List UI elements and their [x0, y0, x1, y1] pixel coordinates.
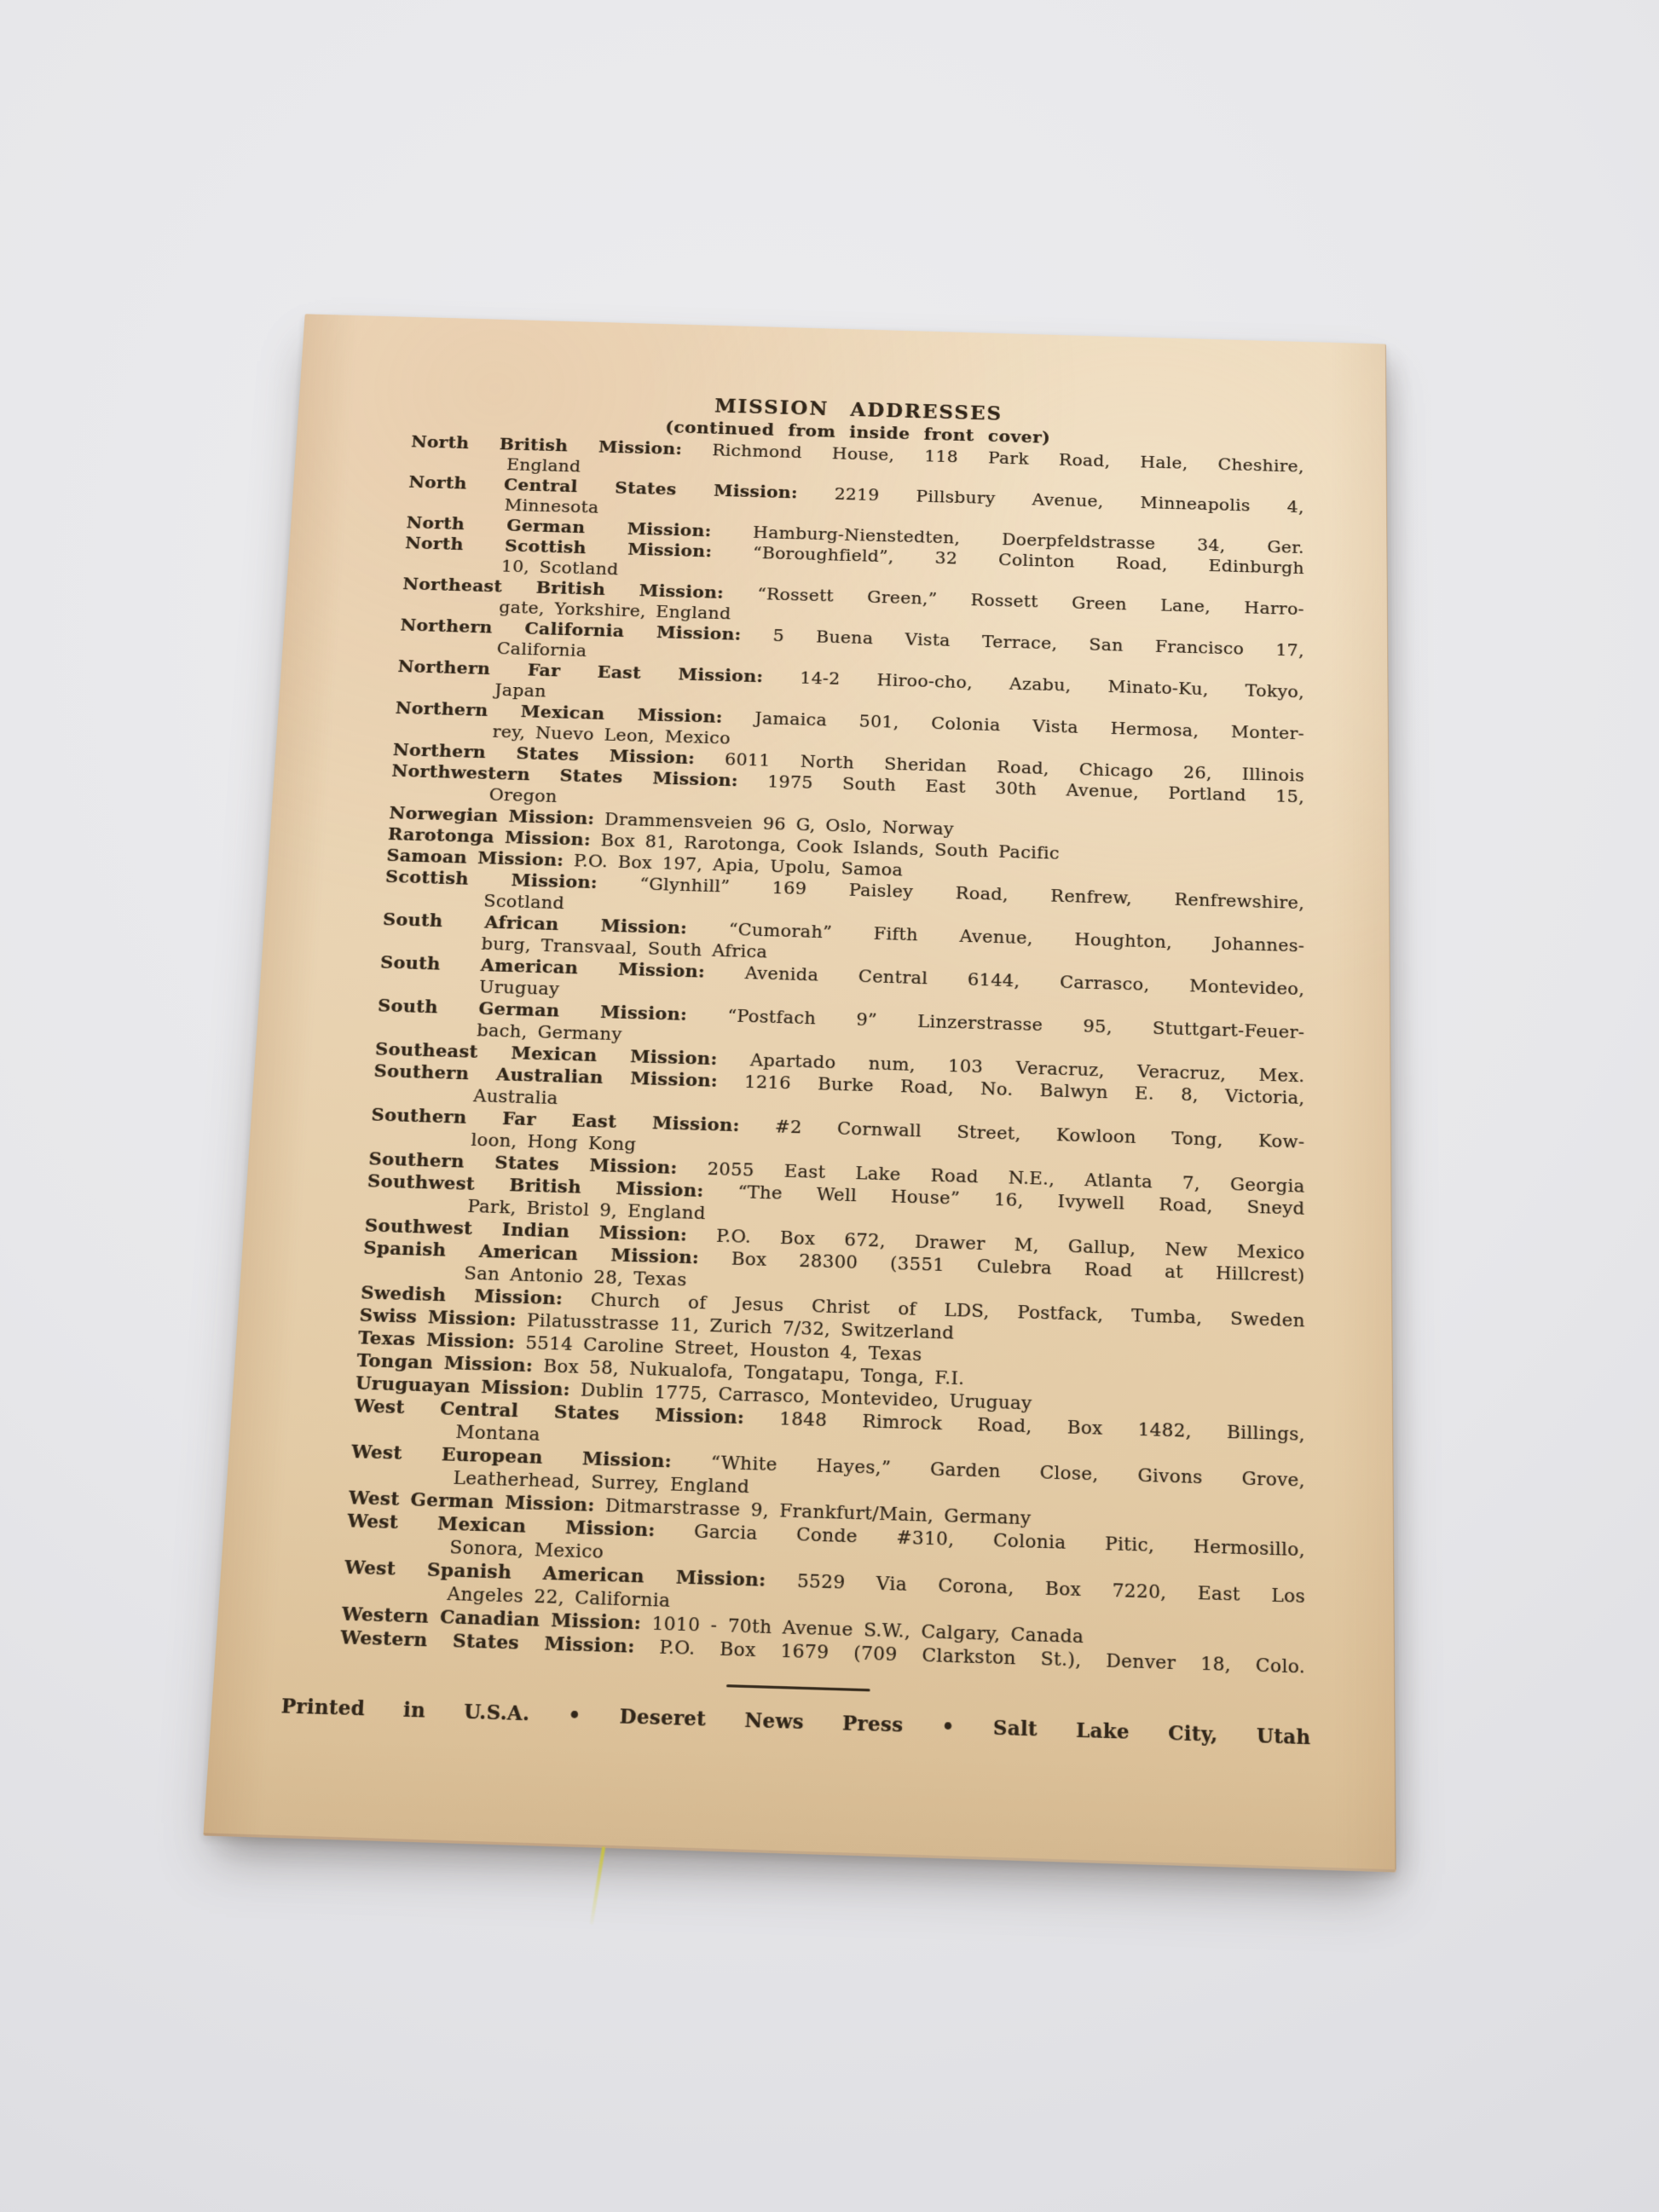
- photo-background: { "photo": { "background_color": "#e7e7e…: [0, 0, 1659, 2212]
- divider-rule: [726, 1684, 870, 1691]
- mission-name: Swiss Mission:: [359, 1303, 517, 1330]
- mission-name: Texas Mission:: [357, 1326, 515, 1353]
- page-content: MISSION ADDRESSES (continued from inside…: [211, 314, 1395, 1753]
- mission-list: North British Mission: Richmond House, 1…: [340, 431, 1305, 1678]
- paper-page: MISSION ADDRESSES (continued from inside…: [203, 314, 1396, 1872]
- highlighter-streak: [590, 1846, 605, 1924]
- imprint-line: Printed in U.S.A. • Deseret News Press •…: [280, 1694, 1310, 1751]
